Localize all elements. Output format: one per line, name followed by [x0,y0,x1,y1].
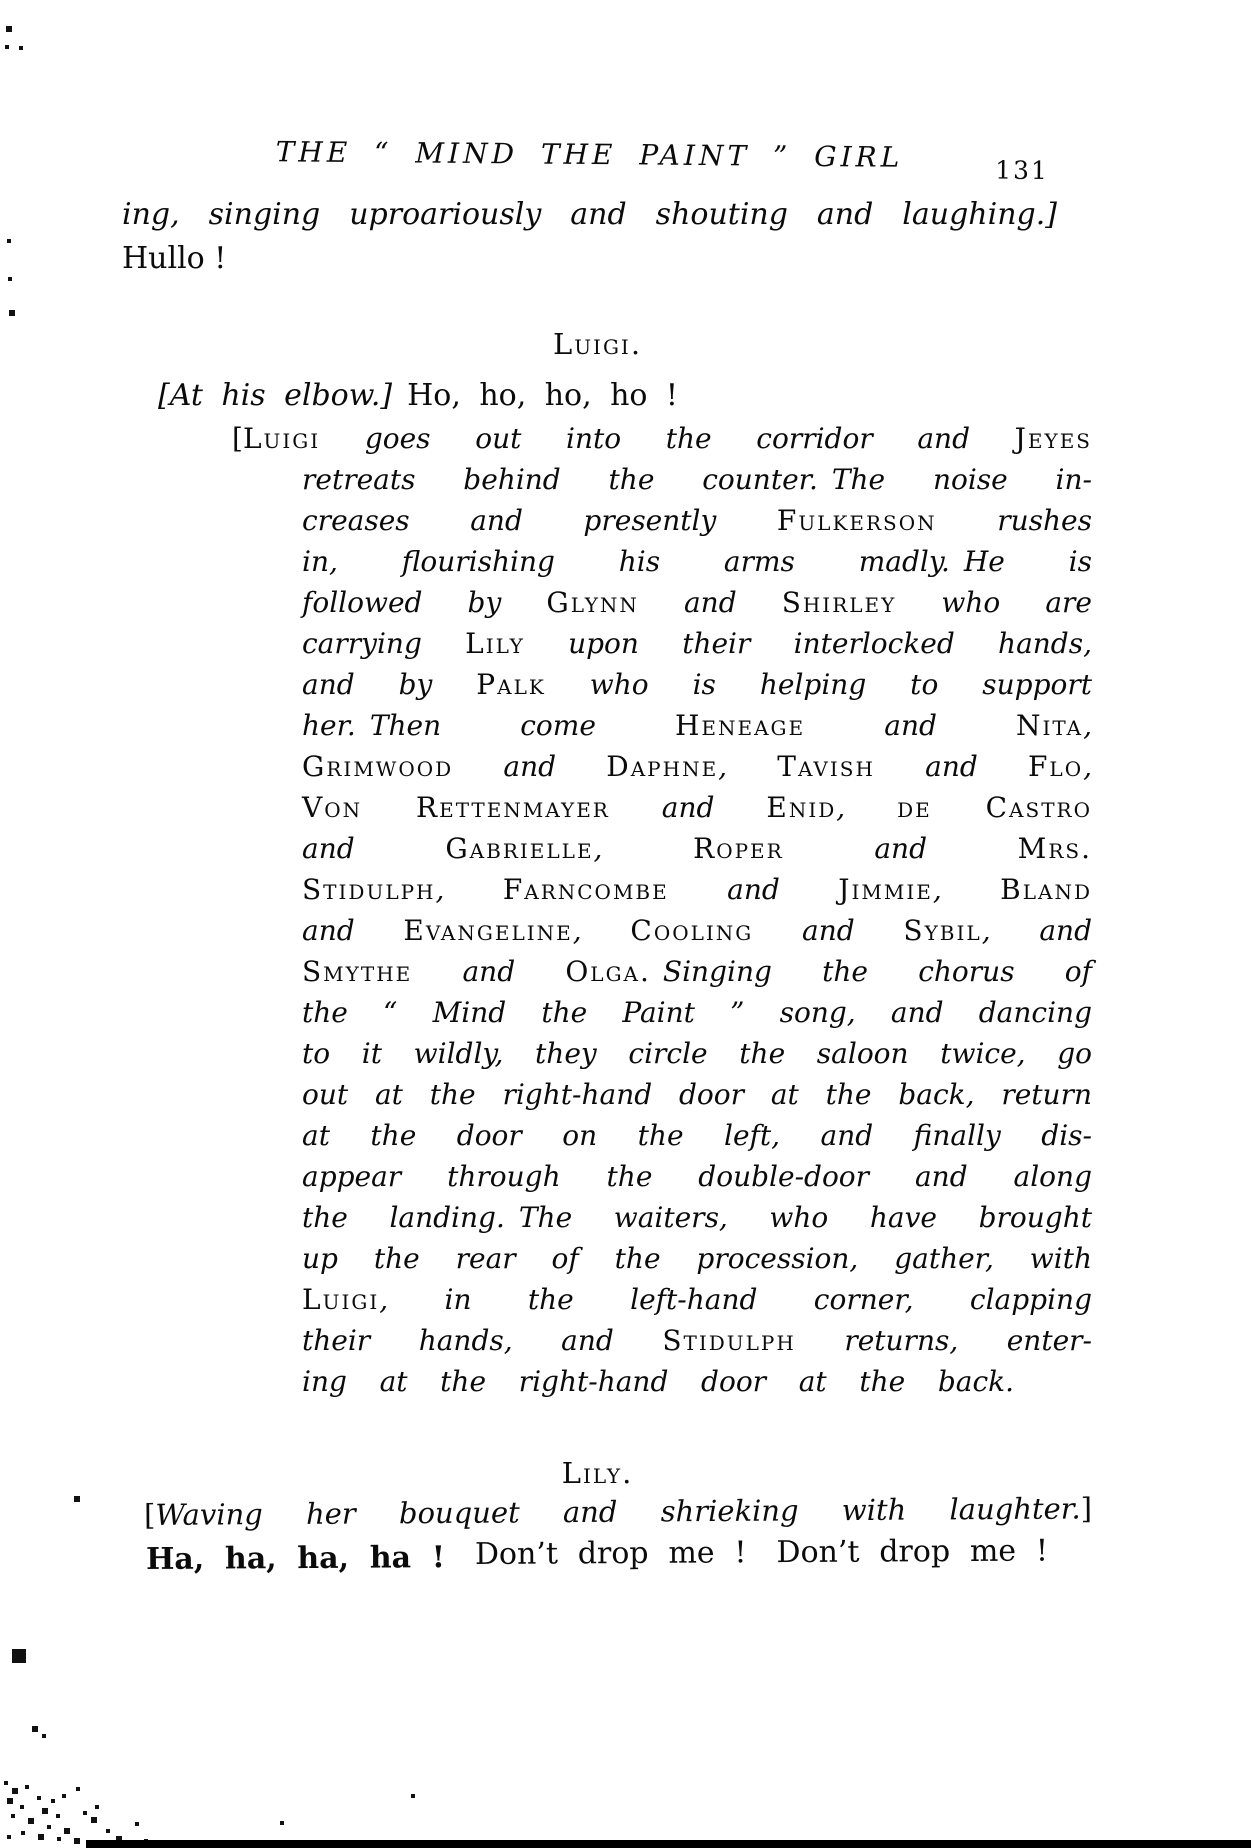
dialogue-line: [At his elbow.] Ho, ho, ho, ho ! [158,375,678,417]
text-segment: Smythe [302,955,412,988]
text-segment: Waving her bouquet and shrieking with la… [155,1491,1081,1531]
text-segment: . [640,955,663,988]
text-segment: her. Then come [302,709,675,742]
text-segment: ing at the right-hand door at the back. [302,1365,1014,1398]
text-segment: [At his elbow.] [158,378,392,413]
running-title: THE “ MIND THE PAINT ” GIRL [122,134,1057,176]
text-segment: Flo [1028,750,1083,783]
text-segment: the landing. The waiters, who have broug… [302,1201,1092,1234]
text-segment: Jimmie [838,873,933,906]
text-segment: the “ Mind the Paint ” song, and dancing [302,996,1092,1029]
text-segment: to it wildly, they circle the saloon twi… [302,1037,1092,1070]
scanned-book-page: THE “ MIND THE PAINT ” GIRL 131 ing, sin… [0,0,1251,1848]
text-segment: and [669,873,839,906]
speaker-heading-luigi: Luigi. [130,323,1065,365]
stage-direction-line: appear through the double-door and along [302,1156,1092,1197]
text-segment: Sybil [903,914,981,947]
section-luigi-speech: Luigi.[At his elbow.] Ho, ho, ho, ho ! [122,323,1057,417]
text-segment: out at the right-hand door at the back, … [302,1078,1092,1111]
text-segment: up the rear of the procession, gather, w… [302,1242,1092,1275]
text-segment: and [302,914,403,947]
page-number: 131 [995,156,1049,185]
text-segment: Ho, ho, ho, ho ! [392,378,678,413]
stage-direction-line: at the door on the left, and finally dis… [302,1115,1092,1156]
stage-direction-line: followed by Glynn and Shirley who are [302,582,1092,623]
stage-direction-line: retreats behind the counter. The noise i… [302,459,1092,500]
text-segment: , [573,914,631,947]
text-segment: and [875,750,1028,783]
text-segment: and [610,791,767,824]
text-segment: Stidulph [662,1324,796,1357]
text-segment: Glynn [546,586,639,619]
text-segment: Lily [465,627,525,660]
text-segment: de Castro [897,791,1092,824]
stage-direction-line: Grimwood and Daphne, Tavish and Flo, [302,746,1092,787]
text-segment: upon their interlocked hands, [525,627,1092,660]
stage-direction-line: and by Palk who is helping to support [302,664,1092,705]
section-lily-speech: Lily.[Waving her bouquet and shrieking w… [122,1452,1057,1578]
text-segment: and [805,709,1016,742]
stage-direction-line: the “ Mind the Paint ” song, and dancing [302,992,1092,1033]
text-segment: Shirley [782,586,897,619]
text-segment: ing, singing uproariously and shouting a… [122,197,1057,232]
text-segment: Palk [476,668,546,701]
text-segment: Heneage [675,709,805,742]
text-segment: Von Rettenmayer [302,791,610,824]
text-segment: Farncombe [503,873,669,906]
stage-direction-line: out at the right-hand door at the back, … [302,1074,1092,1115]
text-segment: Roper [693,832,784,865]
stage-direction-line: her. Then come Heneage and Nita, [302,705,1092,746]
text-segment: Luigi [243,422,320,455]
text-segment: Singing the chorus of [663,955,1092,988]
text-segment: and [453,750,606,783]
text-segment: , [1083,709,1092,742]
stage-direction-line: [Waving her bouquet and shrieking with l… [144,1487,1092,1536]
stage-direction-line: Luigi, in the left-hand corner, clapping [302,1279,1092,1320]
text-segment: Stidulph [302,873,436,906]
text-segment: who is helping to support [546,668,1092,701]
text-segment: Nita [1016,709,1083,742]
text-segment: ] [1081,1491,1093,1525]
page-header: THE “ MIND THE PAINT ” GIRL 131 [122,134,1057,176]
text-segment: Gabrielle [445,832,593,865]
text-segment: followed by [302,586,546,619]
section-stage-direction: [Luigi goes out into the corridor and Je… [122,418,1057,1402]
stage-direction-line: carrying Lily upon their interlocked han… [302,623,1092,664]
text-segment: Luigi. [553,327,642,361]
text-segment: their hands, and [302,1324,662,1357]
text-segment: Jeyes [1015,422,1092,455]
text-segment: Evangeline [403,914,572,947]
text-segment: Tavish [777,750,875,783]
text-segment: Luigi [302,1283,379,1316]
stage-direction-line: creases and presently Fulkerson rushes [302,500,1092,541]
text-segment: carrying [302,627,465,660]
text-segment: , in the left-hand corner, clapping [379,1283,1092,1316]
stage-direction-line: their hands, and Stidulph returns, enter… [302,1320,1092,1361]
text-segment: Cooling [630,914,753,947]
stage-direction-line: Von Rettenmayer and Enid, de Castro [302,787,1092,828]
stage-direction-line: up the rear of the procession, gather, w… [302,1238,1092,1279]
text-segment: Enid [766,791,836,824]
text-segment: , [1083,750,1092,783]
stage-direction-line: ing at the right-hand door at the back. [302,1361,1014,1402]
text-segment: and [639,586,782,619]
text-segment: , [836,791,897,824]
scan-noise-specks [0,0,2,2]
text-segment: and [753,914,903,947]
text-segment: who are [896,586,1092,619]
text-segment: and by [302,668,476,701]
text-segment: [ [232,422,243,455]
text-segment: Grimwood [302,750,453,783]
text-segment: appear through the double-door and along [302,1160,1092,1193]
text-segment: Hullo ! [122,241,226,276]
text-segment: Mrs. [1018,832,1092,865]
text-segment: Bland [1000,873,1092,906]
text-segment: , and [982,914,1092,947]
text-segment: rushes [937,504,1092,537]
stage-direction-line: and Gabrielle, Roper and Mrs. [302,828,1092,869]
text-segment: in, flourishing his arms madly. He is [302,545,1092,578]
text-segment: Ha, ha, ha, ha ! [146,1540,445,1577]
stage-direction-line: Smythe and Olga. Singing the chorus of [302,951,1092,992]
text-segment: Fulkerson [777,504,937,537]
dialogue-line: Hullo ! [122,237,1057,281]
text-segment: [ [144,1498,156,1532]
text-segment: returns, enter- [796,1324,1092,1357]
text-segment: Olga [565,955,640,988]
text-segment: creases and presently [302,504,777,537]
text-segment: , [718,750,777,783]
stage-direction-line: the landing. The waiters, who have broug… [302,1197,1092,1238]
stage-direction-line: Stidulph, Farncombe and Jimmie, Bland [302,869,1092,910]
text-segment: retreats behind the counter. The noise i… [302,463,1092,496]
section-opening-dialogue: ing, singing uproariously and shouting a… [122,193,1057,281]
scan-edge-bar [86,1840,1251,1848]
text-segment: and [784,832,1018,865]
text-segment: , [594,832,694,865]
stage-direction-line: in, flourishing his arms madly. He is [302,541,1092,582]
dialogue-line: ing, singing uproariously and shouting a… [122,193,1057,237]
stage-direction-line: [Luigi goes out into the corridor and Je… [232,418,1092,459]
text-segment: and [302,832,445,865]
stage-direction-line: to it wildly, they circle the saloon twi… [302,1033,1092,1074]
stage-direction-line: and Evangeline, Cooling and Sybil, and [302,910,1092,951]
text-segment: at the door on the left, and finally dis… [302,1119,1092,1152]
text-segment: , [436,873,503,906]
text-segment: Lily. [562,1456,634,1490]
text-segment: goes out into the corridor and [320,422,1015,455]
dialogue-line: Ha, ha, ha, ha ! Don’t drop me ! Don’t d… [146,1530,1048,1578]
text-segment: Daphne [606,750,718,783]
text-segment: , [933,873,1000,906]
text-segment: Don’t drop me ! Don’t drop me ! [445,1533,1048,1572]
text-segment: and [412,955,565,988]
